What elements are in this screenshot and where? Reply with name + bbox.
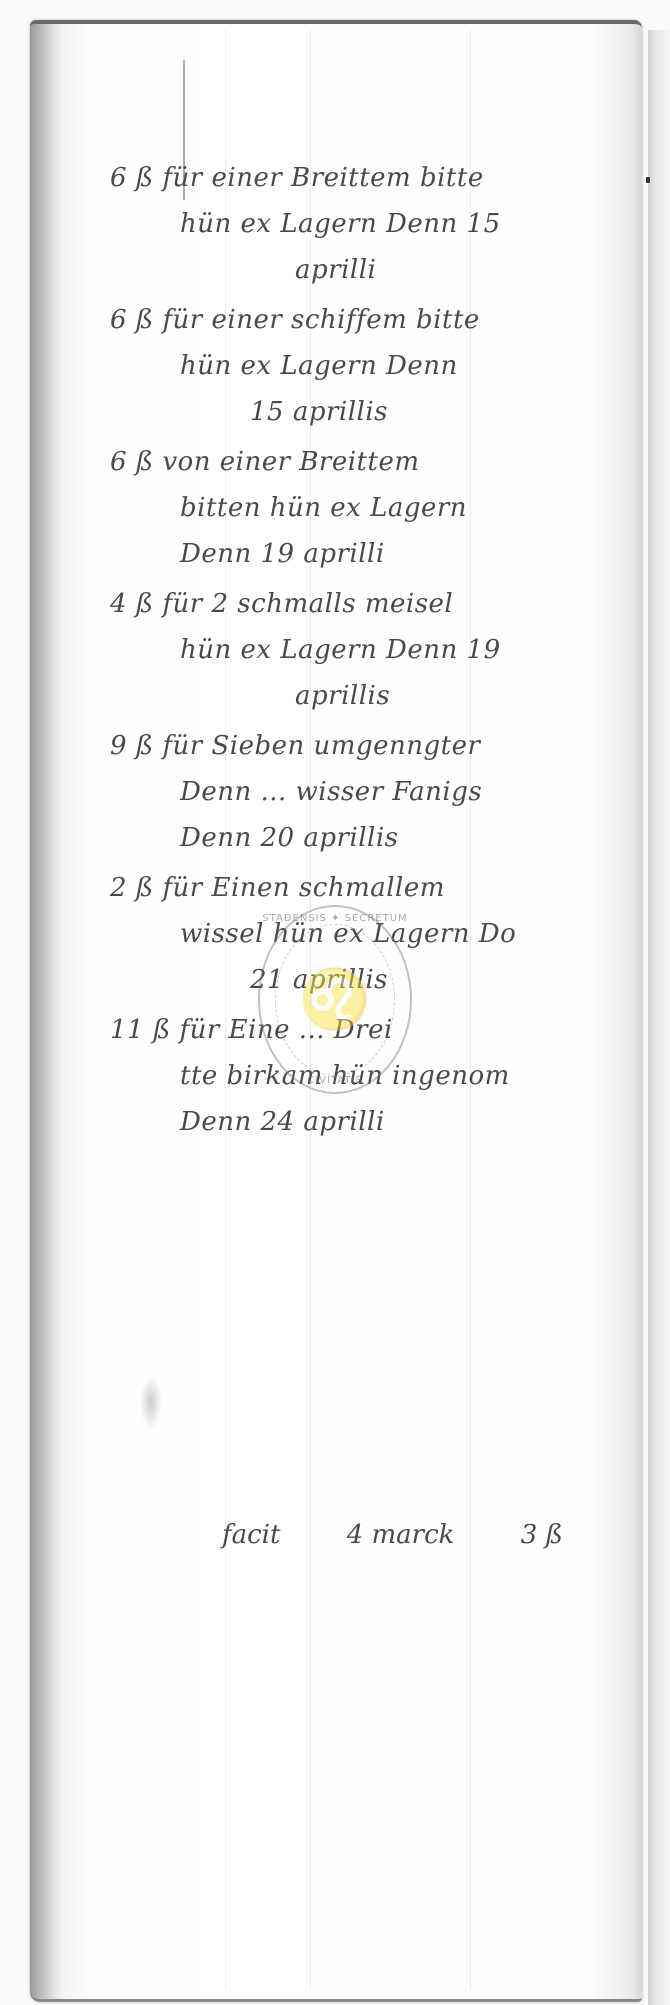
entry-date: Denn 20 aprillis [110,815,630,861]
total-value: 4 marck [347,1520,455,1550]
entry-line: Denn ... wisser Fanigs [110,769,630,815]
account-total: facit 4 marck 3 ß [222,1520,621,1550]
entry-line: 9 ß für Sieben umgenngter [110,723,630,769]
entry-line: hün ex Lagern Denn 15 [110,201,630,247]
entry-line: bitten hün ex Lagern [110,485,630,531]
seal-inscription-top: STADENSIS ✦ SECRETUM [260,913,410,924]
entry-line: 6 ß für einer schiffem bitte [110,297,630,343]
entry-line: hün ex Lagern Denn [110,343,630,389]
entry-line: hün ex Lagern Denn 19 [110,627,630,673]
binding-edge [648,30,670,2005]
entry-date: Denn 24 aprilli [110,1099,630,1145]
ledger-entry: 6 ß für einer schiffem bitte hün ex Lage… [110,297,630,435]
ledger-entry: 6 ß für einer Breittem bitte hün ex Lage… [110,155,630,293]
archive-stamp-seal: STADENSIS ✦ SECRETUM ♌ CIVITATIS [258,905,412,1094]
ledger-entry: 4 ß für 2 schmalls meisel hün ex Lagern … [110,581,630,719]
ledger-entry: 6 ß von einer Breittem bitten hün ex Lag… [110,439,630,577]
entry-line: 2 ß für Einen schmallem [110,865,630,911]
ledger-entry: 9 ß für Sieben umgenngter Denn ... wisse… [110,723,630,861]
entry-date: 15 aprillis [110,389,630,435]
lion-icon: ♌ [299,965,371,1034]
entry-date: Denn 19 aprilli [110,531,630,577]
entry-date: aprilli [110,247,630,293]
ink-dot [646,177,650,183]
entry-line: 6 ß für einer Breittem bitte [110,155,630,201]
seal-inner-ring: ♌ [275,924,395,1076]
total-remainder: 3 ß [521,1520,563,1550]
entry-date: aprillis [110,673,630,719]
entry-line: 6 ß von einer Breittem [110,439,630,485]
entry-line: 4 ß für 2 schmalls meisel [110,581,630,627]
total-label: facit [222,1520,280,1550]
ink-smudge [140,1375,162,1430]
seal-inscription-bottom: CIVITATIS [260,1075,410,1086]
